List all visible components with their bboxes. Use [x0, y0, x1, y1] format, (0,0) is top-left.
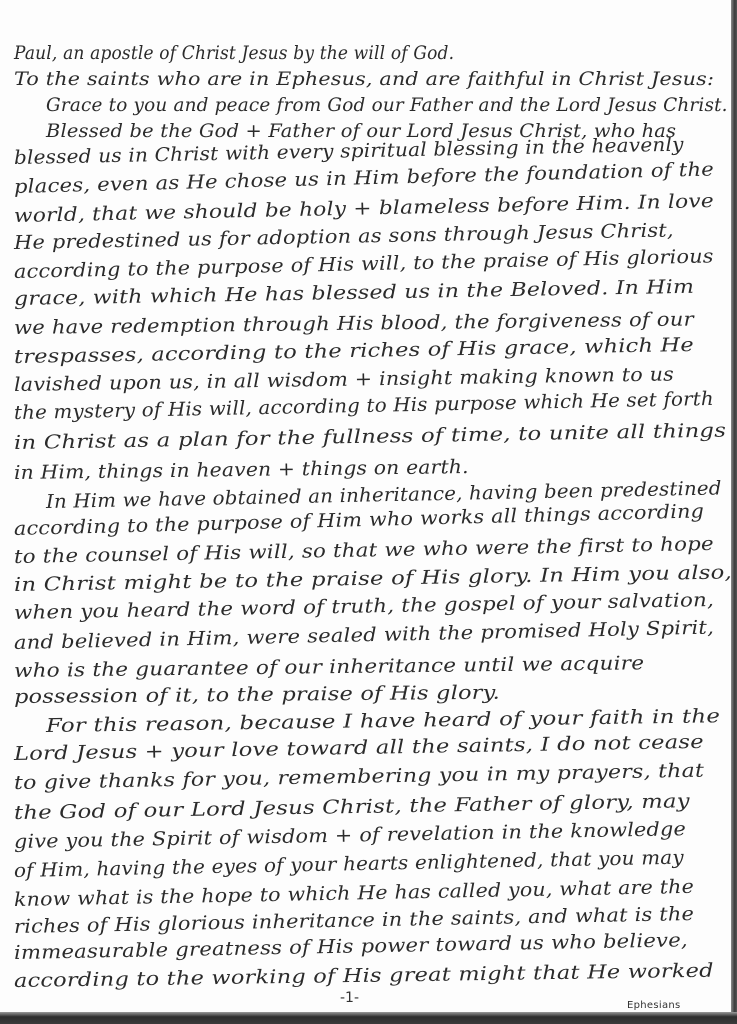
text-line: and believed in Him, were sealed with th… [14, 617, 715, 654]
text-line: possession of it, to the praise of His g… [14, 682, 500, 708]
text-line: in Christ as a plan for the fullness of … [14, 420, 727, 454]
text-line: To the saints who are in Ephesus, and ar… [14, 68, 714, 90]
text-line: trespasses, according to the riches of H… [14, 334, 694, 368]
text-line: we have redemption through His blood, th… [14, 308, 694, 339]
text-line: of Him, having the eyes of your hearts e… [14, 847, 684, 882]
book-label: Ephesians [627, 1000, 681, 1011]
text-line: grace, with which He has blessed us in t… [14, 276, 695, 310]
text-line: Grace to you and peace from God our Fath… [46, 94, 728, 116]
scan-edge-bottom [0, 1012, 737, 1024]
scanned-page: Paul, an apostle of Christ Jesus by the … [0, 0, 731, 1012]
text-line: Paul, an apostle of Christ Jesus by the … [14, 42, 454, 64]
scan-edge-right [731, 0, 737, 1024]
text-line: to give thanks for you, remembering you … [14, 760, 705, 794]
text-line: who is the guarantee of our inheritance … [14, 652, 645, 682]
page-number: -1- [340, 990, 359, 1006]
text-line: in Him, things in heaven + things on ear… [14, 456, 469, 484]
text-line: according to the working of His great mi… [14, 960, 714, 992]
text-line: the God of our Lord Jesus Christ, the Fa… [14, 790, 690, 824]
